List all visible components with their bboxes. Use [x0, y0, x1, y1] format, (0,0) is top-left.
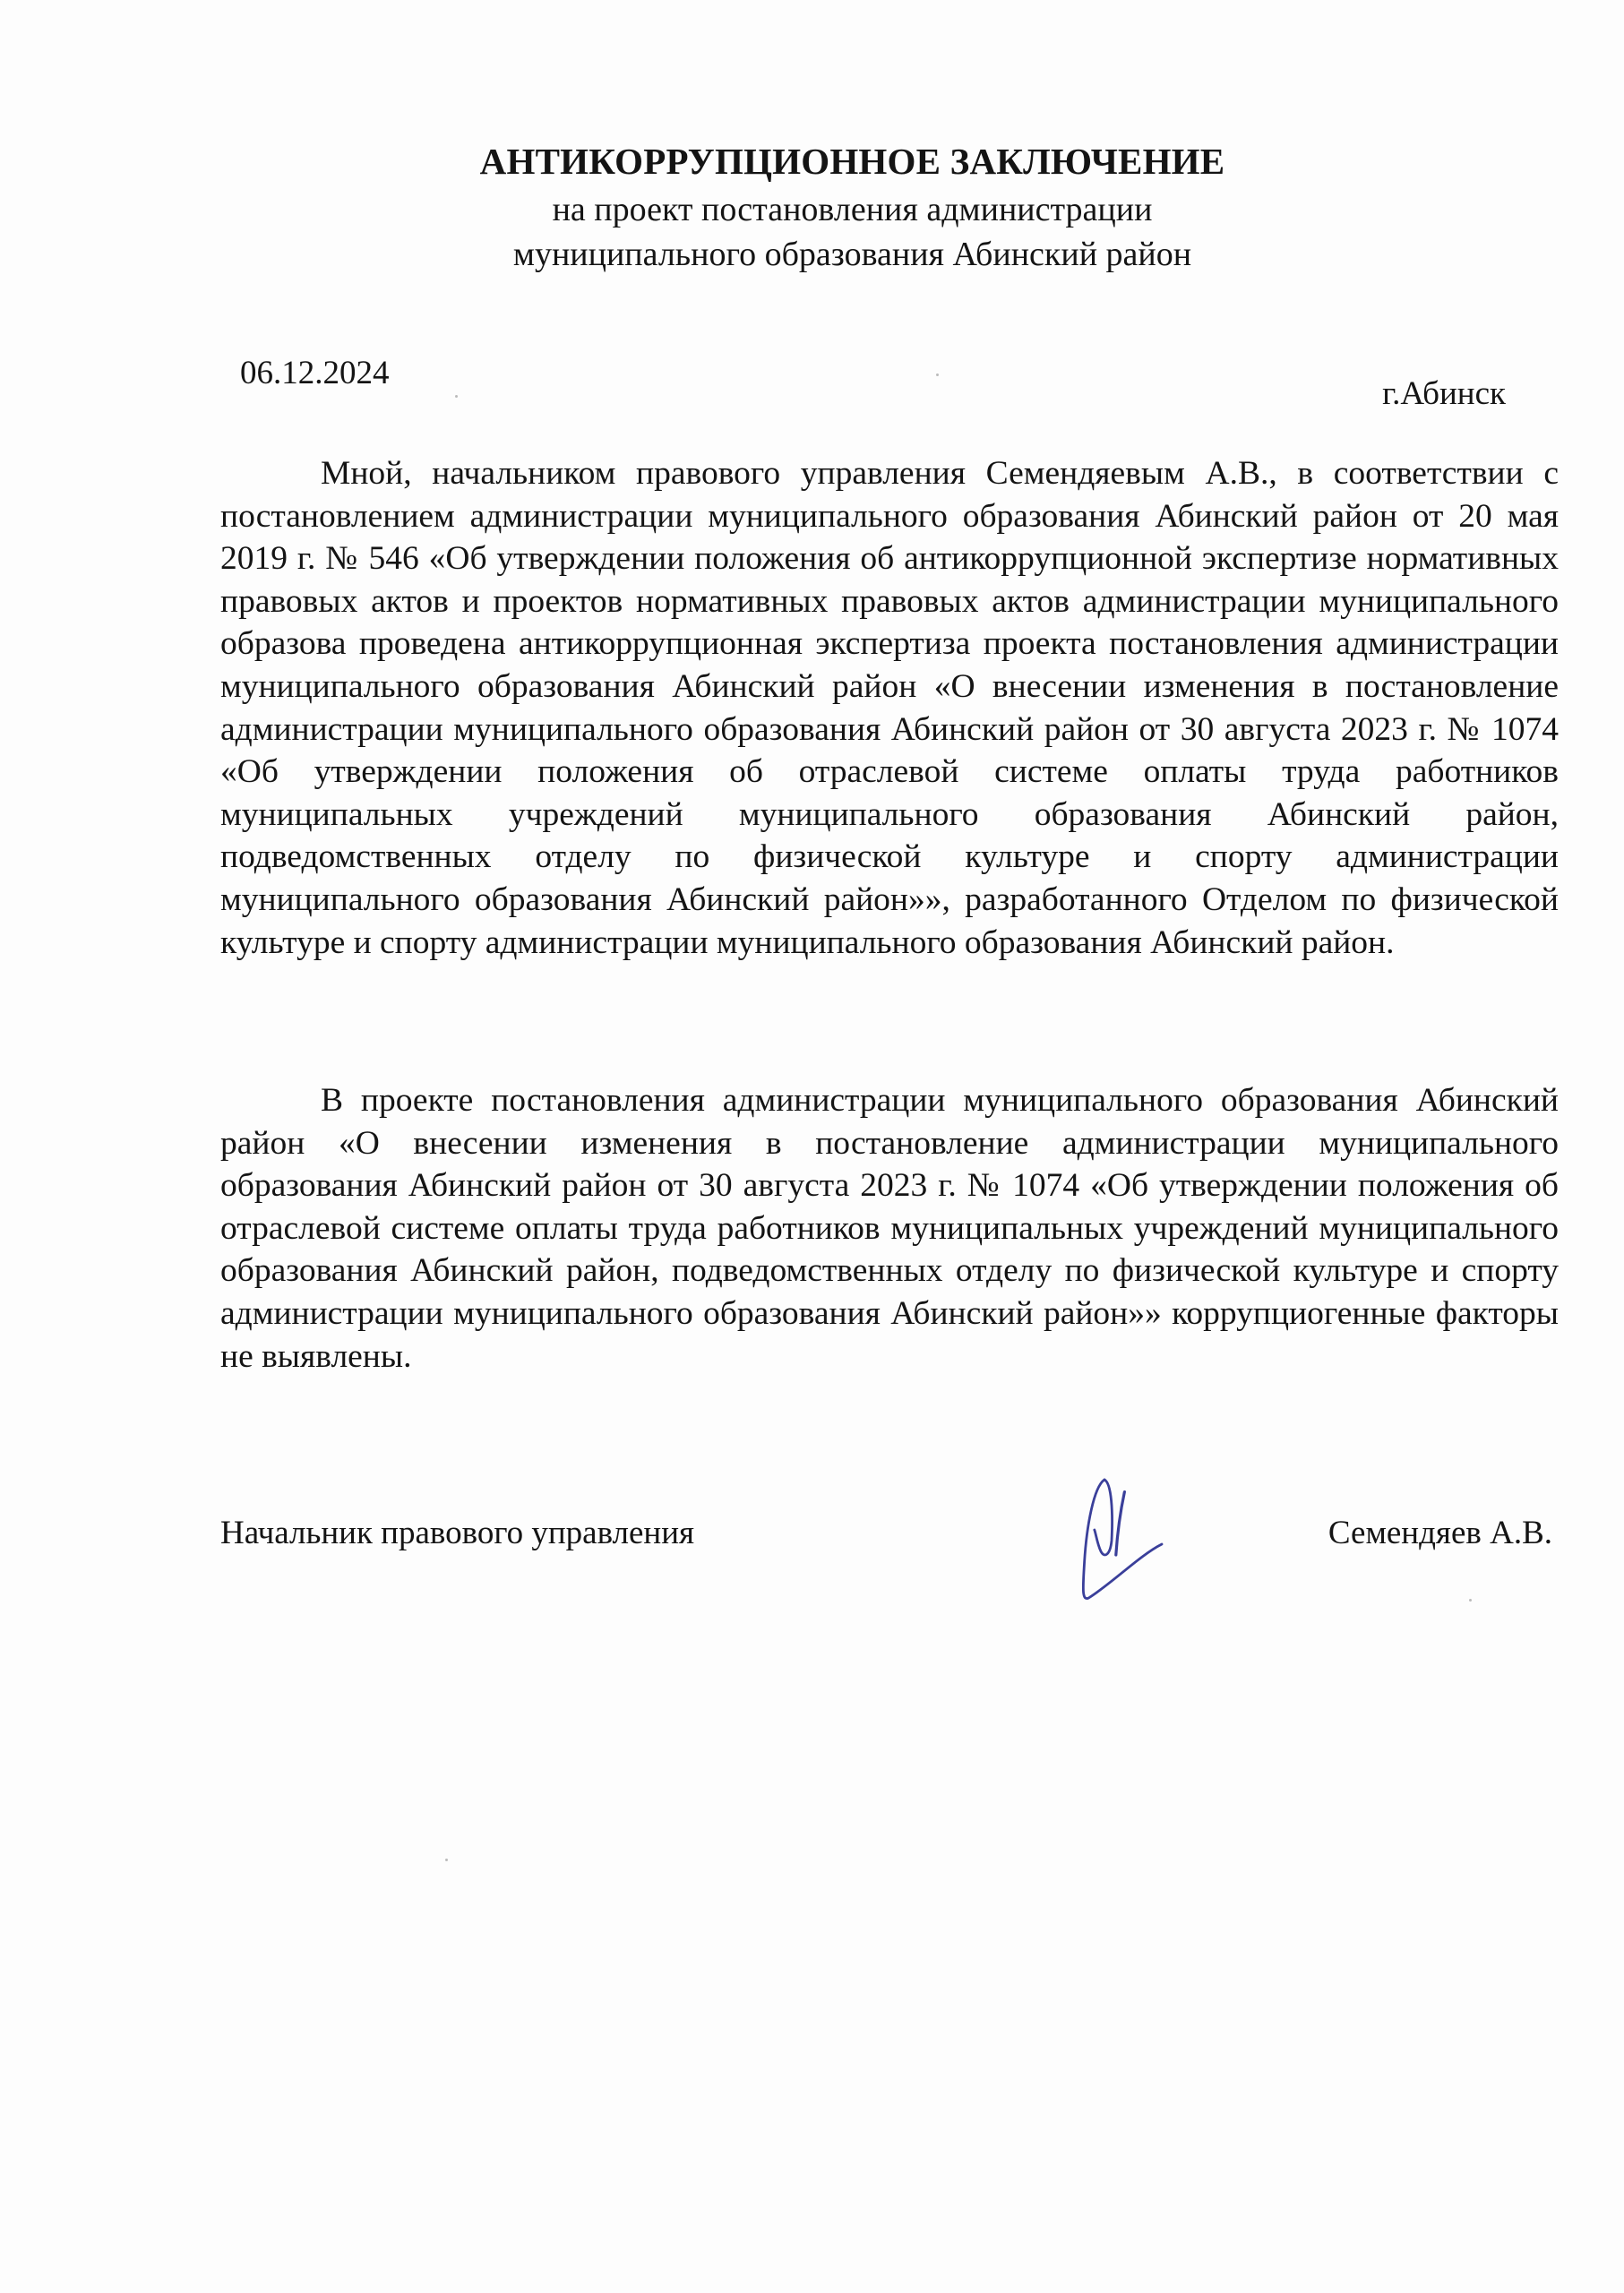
body-paragraph-1-block: Мной, начальником правового управления С… — [220, 452, 1559, 964]
document-city: г.Абинск — [1382, 374, 1506, 413]
scan-speck — [1469, 1599, 1472, 1602]
body-paragraph: В проекте постановления администрации му… — [220, 1079, 1559, 1378]
document-title: АНТИКОРРУПЦИОННОЕ ЗАКЛЮЧЕНИЕ — [0, 140, 1624, 183]
signatory-role: Начальник правового управления — [220, 1514, 694, 1552]
body-paragraph-2-block: В проекте постановления администрации му… — [220, 1079, 1559, 1378]
handwritten-signature-icon — [1061, 1456, 1205, 1626]
scan-speck — [936, 374, 939, 376]
scan-speck — [455, 395, 458, 398]
signatory-name: Семендяев А.В. — [1328, 1514, 1552, 1552]
document-subtitle-line-1: на проект постановления администрации — [0, 190, 1624, 229]
document-subtitle-line-2: муниципального образования Абинский райо… — [0, 235, 1624, 274]
body-paragraph: Мной, начальником правового управления С… — [220, 452, 1559, 964]
scan-speck — [445, 1859, 448, 1861]
document-date: 06.12.2024 — [240, 354, 390, 392]
document-page: АНТИКОРРУПЦИОННОЕ ЗАКЛЮЧЕНИЕ на проект п… — [0, 0, 1624, 2293]
